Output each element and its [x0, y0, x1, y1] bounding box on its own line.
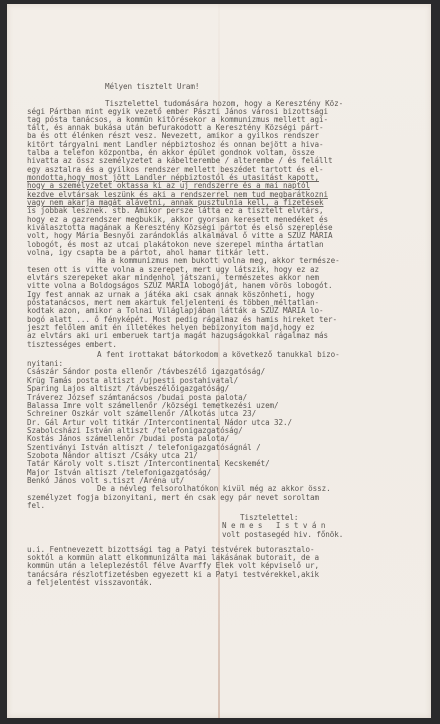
text-line: A fent irottakat bátorkodom a következő … — [97, 351, 340, 359]
text-line: fel. — [27, 502, 45, 510]
signer-title: volt postasegéd hiv. főnök. — [222, 531, 343, 539]
salutation: Mélyen tisztelt Uram! — [105, 83, 199, 91]
typewritten-letter: Mélyen tisztelt Uram! Tisztelettel tudom… — [7, 4, 431, 718]
text-line: a feljelentést visszavonták. — [27, 579, 153, 587]
text-line: személyzet fogja bizonyitani, mert én cs… — [27, 494, 319, 502]
text-line: tisztességes embert. — [27, 341, 117, 349]
